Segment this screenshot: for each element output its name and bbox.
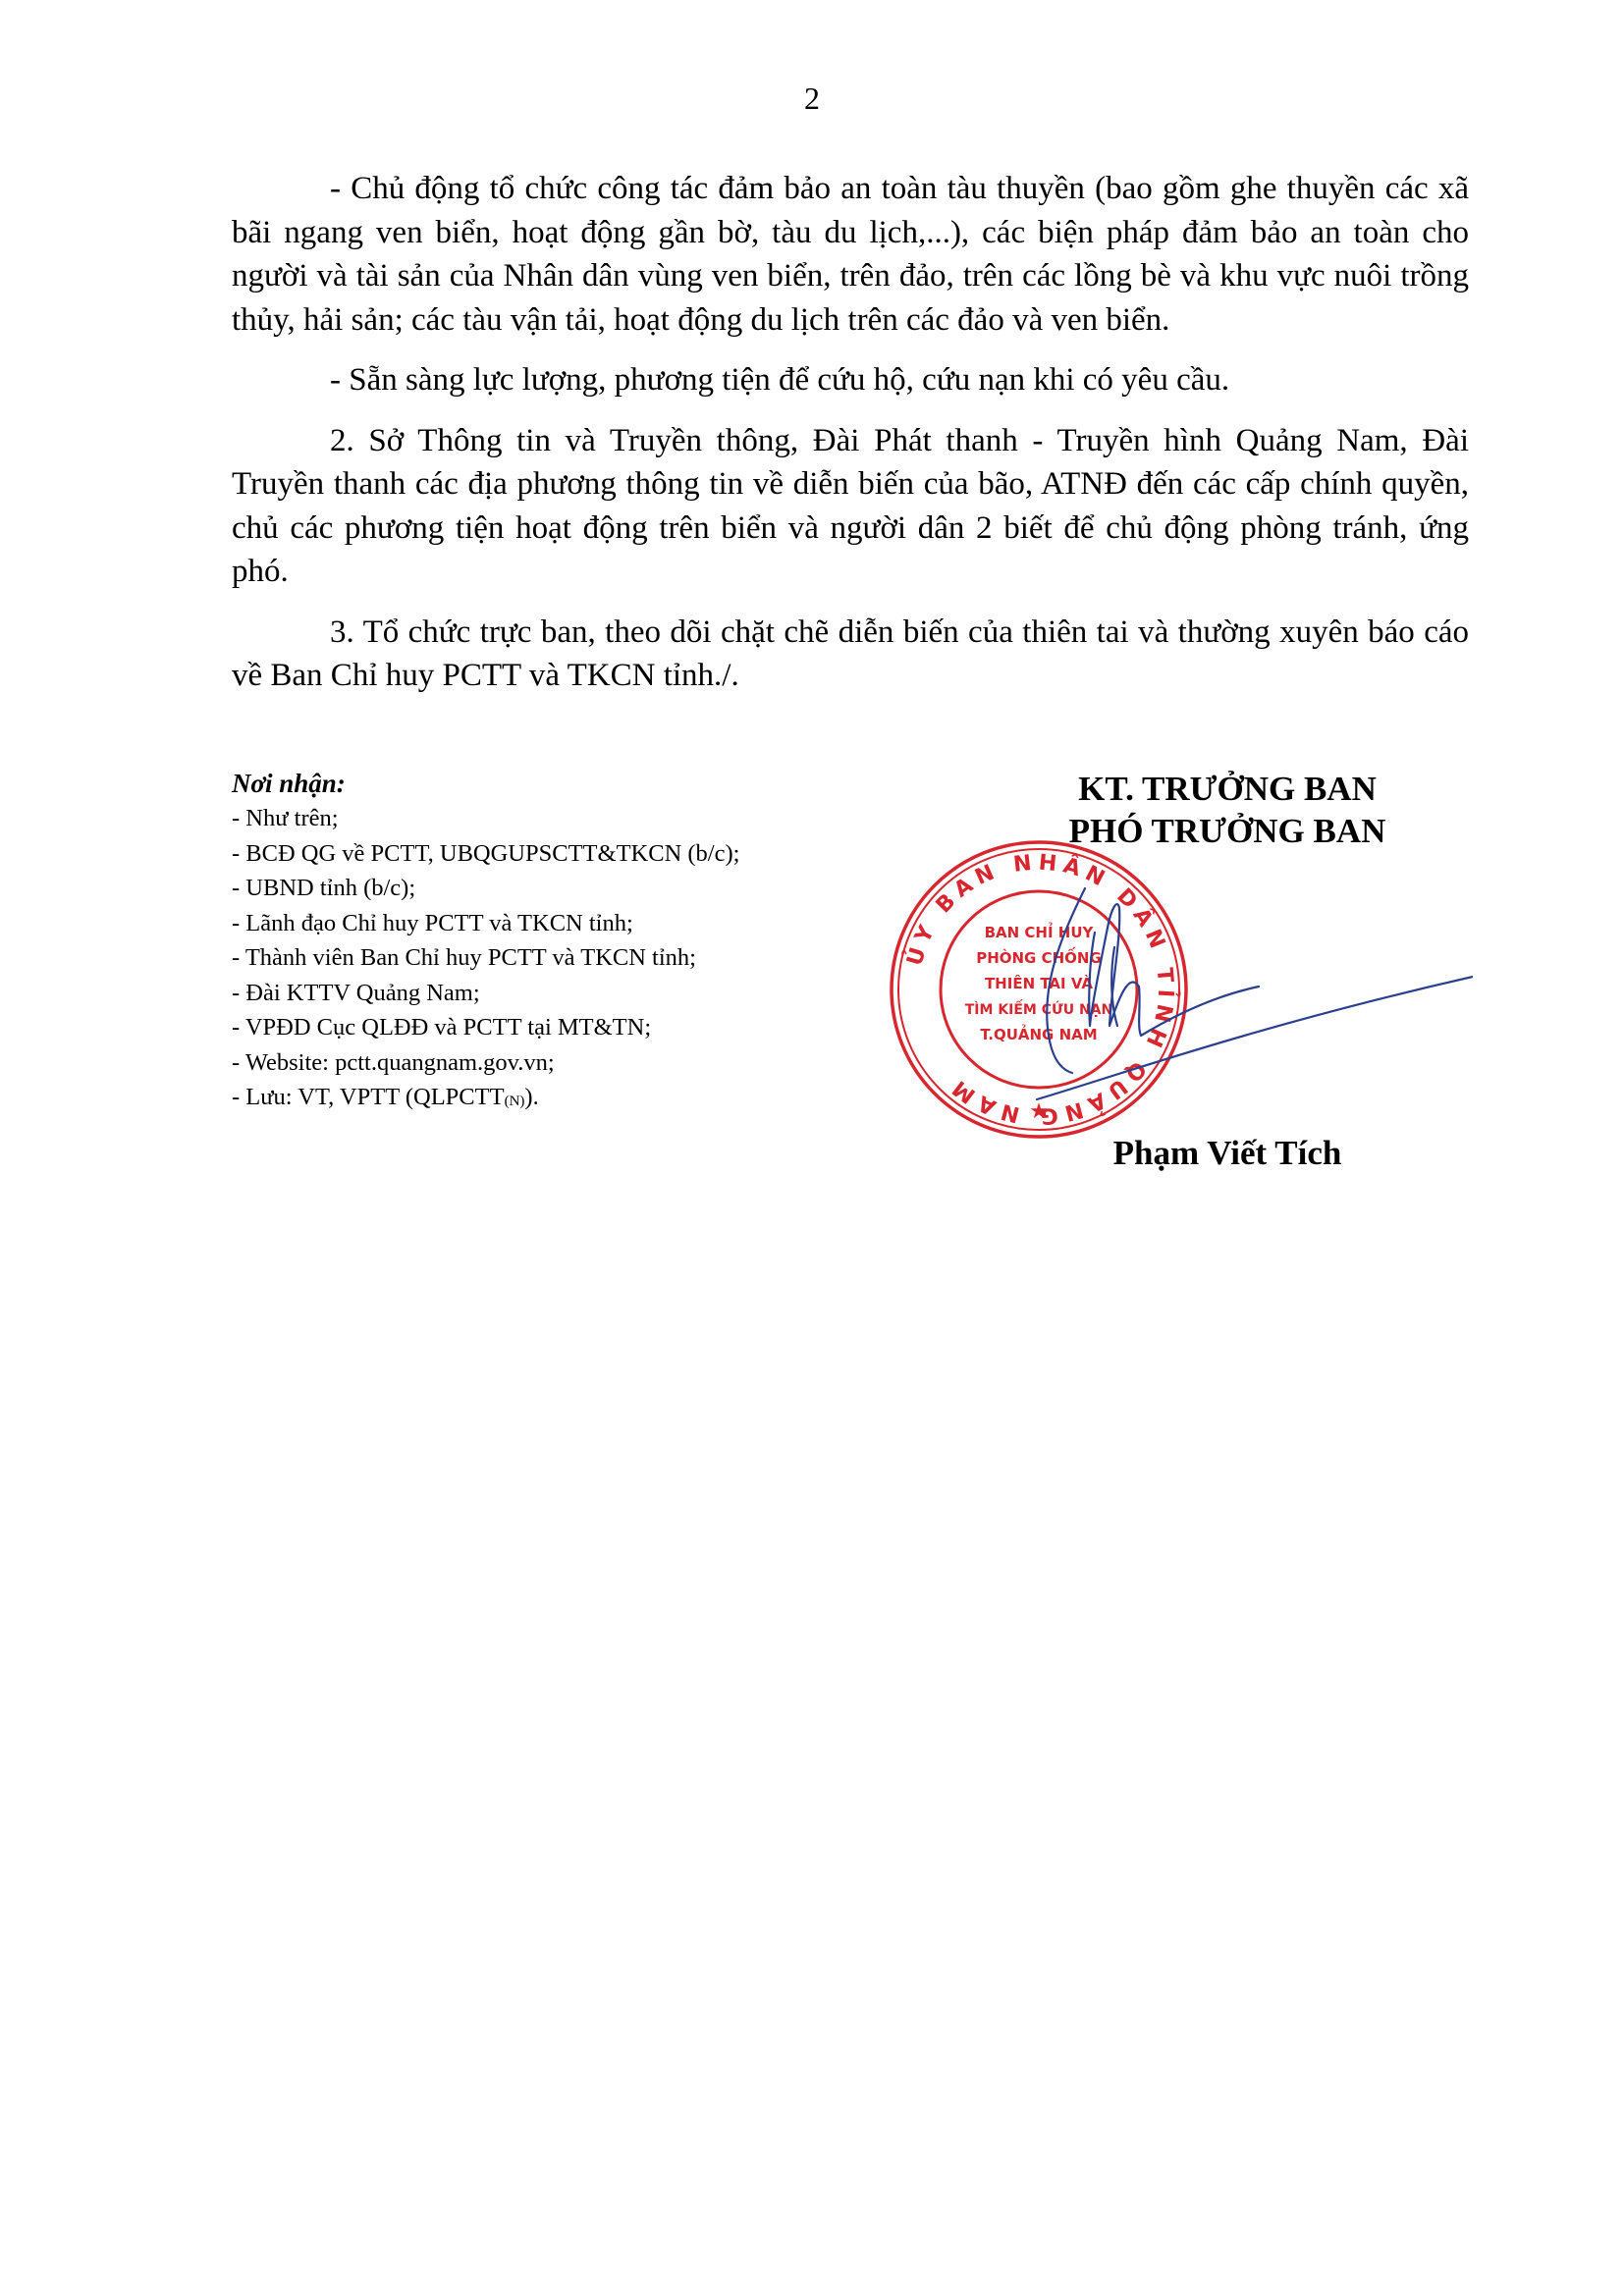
recipients-block: Nơi nhận: - Như trên; - BCĐ QG về PCTT, … (232, 766, 860, 1120)
paragraph-item-2-information: 2. Sở Thông tin và Truyền thông, Đài Phá… (232, 419, 1469, 594)
recipient-item: - BCĐ QG về PCTT, UBQGUPSCTT&TKCN (b/c); (232, 836, 860, 872)
archive-subscript: (N) (505, 1094, 525, 1109)
recipient-item-website: - Website: pctt.quangnam.gov.vn; (232, 1045, 860, 1081)
recipients-list: - Như trên; - BCĐ QG về PCTT, UBQGUPSCTT… (232, 801, 860, 1120)
document-body: - Chủ động tổ chức công tác đảm bảo an t… (232, 167, 1469, 715)
recipient-item: - Thành viên Ban Chỉ huy PCTT và TKCN tỉ… (232, 940, 860, 976)
recipient-item: - Đài KTTV Quảng Nam; (232, 976, 860, 1011)
page-number: 2 (0, 79, 1624, 118)
recipient-item: - Như trên; (232, 801, 860, 836)
handwritten-signature-icon (1001, 879, 1473, 1114)
paragraph-rescue-readiness: - Sẵn sàng lực lượng, phương tiện để cứu… (232, 358, 1469, 402)
recipient-item: - VPĐD Cục QLĐĐ và PCTT tại MT&TN; (232, 1010, 860, 1045)
paragraph-item-3-duty: 3. Tổ chức trực ban, theo dõi chặt chẽ d… (232, 611, 1469, 698)
recipient-item: - UBND tỉnh (b/c); (232, 871, 860, 906)
paragraph-ensure-vessel-safety: - Chủ động tổ chức công tác đảm bảo an t… (232, 167, 1469, 342)
signer-name: Phạm Viết Tích (1011, 1132, 1443, 1175)
archive-suffix: ). (524, 1084, 538, 1110)
archive-prefix: - Lưu: VT, VPTT (QLPCTT (232, 1084, 505, 1110)
signature-title-line-1: KT. TRƯỞNG BAN (1011, 768, 1443, 810)
recipients-heading: Nơi nhận: (232, 766, 860, 801)
recipient-item: - Lãnh đạo Chỉ huy PCTT và TKCN tỉnh; (232, 906, 860, 941)
recipient-item-archive: - Lưu: VT, VPTT (QLPCTT(N)). (232, 1080, 860, 1120)
